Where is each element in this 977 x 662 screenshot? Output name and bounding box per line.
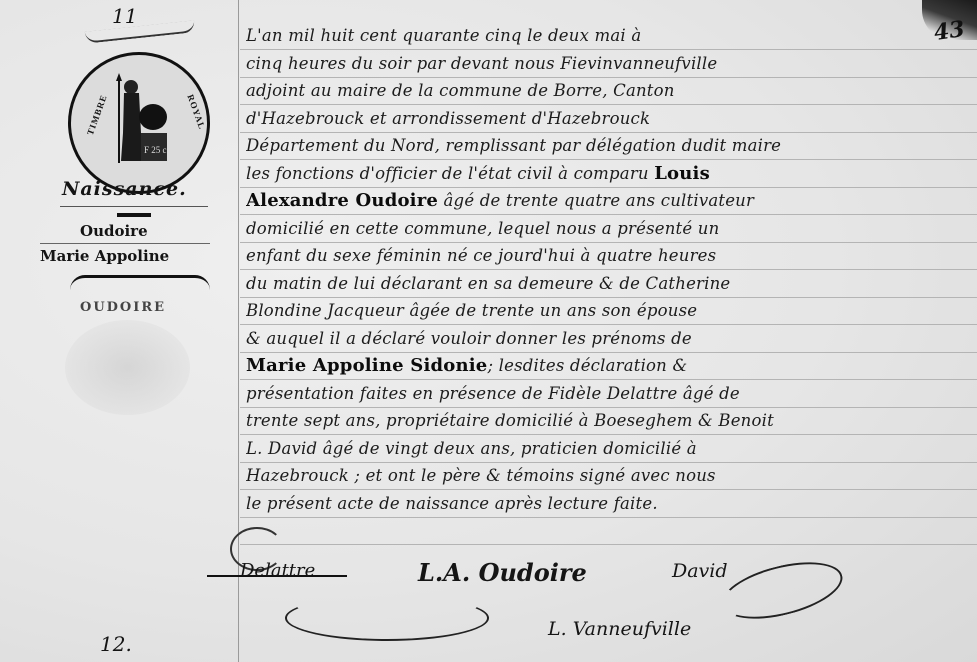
document-page: 11 TIMBRE ROYAL F 25 c Naissance. Oudoir… bbox=[0, 0, 977, 662]
father-first-name: Louis bbox=[654, 163, 710, 184]
father-name: Alexandre Oudoire bbox=[246, 190, 438, 211]
text-line: Blondine Jacqueur âgée de trente un ans … bbox=[246, 297, 971, 325]
text-line: d'Hazebrouck et arrondissement d'Hazebro… bbox=[246, 105, 971, 133]
text-line: & auquel il a déclaré vouloir donner les… bbox=[246, 325, 971, 353]
flourish-decoration bbox=[85, 20, 196, 43]
text-line: cinq heures du soir par devant nous Fiev… bbox=[246, 50, 971, 78]
ruled-line bbox=[240, 544, 977, 545]
signature-witness-delattre: Delattre bbox=[240, 560, 315, 581]
text-line: le présent acte de naissance après lectu… bbox=[246, 490, 971, 518]
record-body: L'an mil huit cent quarante cinq le deux… bbox=[246, 22, 971, 517]
margin-column: 11 TIMBRE ROYAL F 25 c Naissance. Oudoir… bbox=[0, 0, 238, 662]
underline bbox=[60, 206, 208, 207]
text-line: trente sept ans, propriétaire domicilié … bbox=[246, 407, 971, 435]
faded-seal bbox=[65, 320, 190, 415]
text-line: Hazebrouck ; et ont le père & témoins si… bbox=[246, 462, 971, 490]
text-line: Alexandre Oudoire âgé de trente quatre a… bbox=[246, 187, 971, 215]
stamp-text-left: TIMBRE bbox=[85, 93, 109, 136]
folio-number-top: 11 bbox=[112, 4, 137, 28]
signature-officer: L. Vanneufville bbox=[548, 618, 691, 640]
royal-stamp: TIMBRE ROYAL F 25 c bbox=[68, 52, 210, 194]
text-line: L'an mil huit cent quarante cinq le deux… bbox=[246, 22, 971, 50]
text-line: du matin de lui déclarant en sa demeure … bbox=[246, 270, 971, 298]
flourish-decoration bbox=[70, 275, 210, 290]
underline bbox=[40, 243, 210, 244]
record-type-title: Naissance. bbox=[62, 178, 187, 200]
minerva-figure-icon: F 25 c bbox=[109, 73, 169, 169]
signature-witness-david: David bbox=[672, 560, 728, 582]
separator-dash bbox=[117, 213, 151, 217]
signature-father: L.A. Oudoire bbox=[418, 558, 587, 587]
margin-given-names: Marie Appoline bbox=[40, 247, 169, 265]
folio-number-bottom: 12. bbox=[100, 632, 132, 656]
ruled-line bbox=[240, 517, 977, 518]
text-line: enfant du sexe féminin né ce jourd'hui à… bbox=[246, 242, 971, 270]
signature-flourish bbox=[285, 595, 489, 641]
text-line: les fonctions d'officier de l'état civil… bbox=[246, 160, 971, 188]
text-line: L. David âgé de vingt deux ans, praticie… bbox=[246, 435, 971, 463]
text-line: présentation faites en présence de Fidèl… bbox=[246, 380, 971, 408]
text-line: domicilié en cette commune, lequel nous … bbox=[246, 215, 971, 243]
text-line: Département du Nord, remplissant par dél… bbox=[246, 132, 971, 160]
text-line: Marie Appoline Sidonie; lesdites déclara… bbox=[246, 352, 971, 380]
text-line: adjoint au maire de la commune de Borre,… bbox=[246, 77, 971, 105]
signature-flourish bbox=[716, 552, 848, 630]
svg-text:F 25 c: F 25 c bbox=[144, 145, 167, 155]
child-name: Marie Appoline Sidonie bbox=[246, 355, 487, 376]
margin-surname: Oudoire bbox=[80, 222, 148, 240]
faded-annotation: OUDOIRE bbox=[80, 300, 166, 315]
stamp-text-right: ROYAL bbox=[186, 93, 208, 131]
